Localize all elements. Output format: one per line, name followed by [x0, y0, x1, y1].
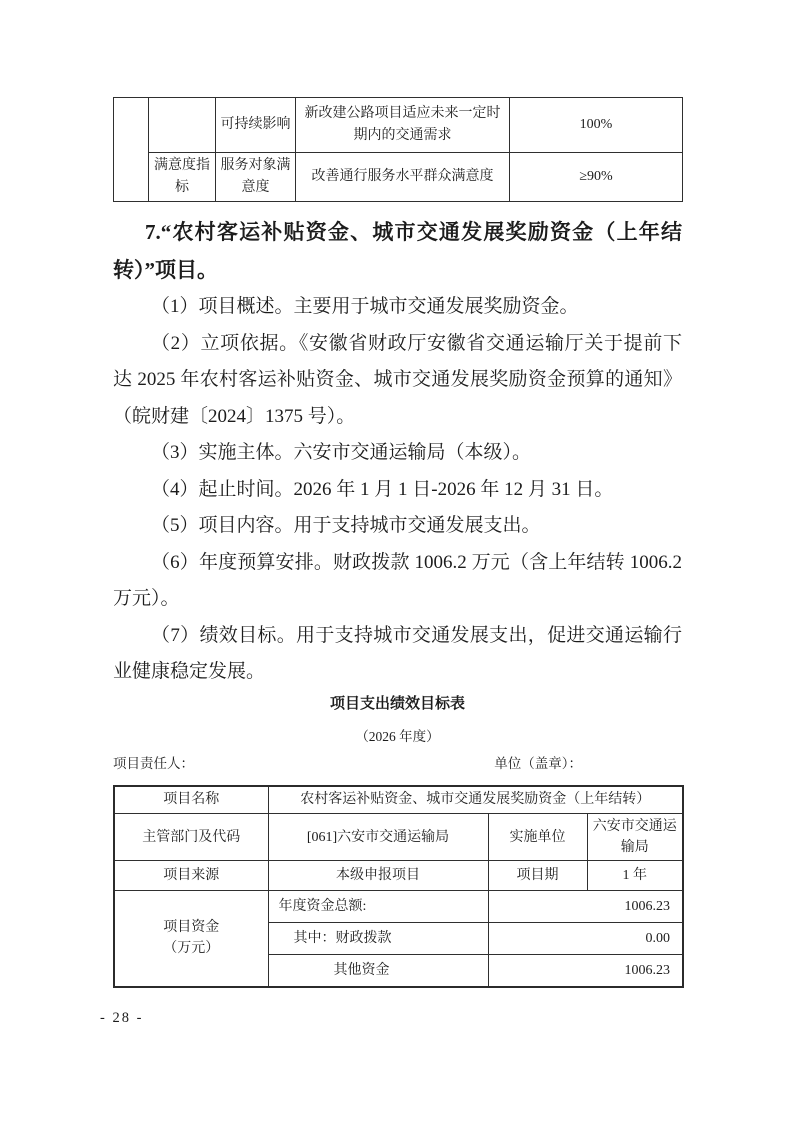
indicator-group-cell: 满意度指标 — [149, 153, 216, 202]
funds-total-label-cell: 年度资金总额: — [268, 891, 488, 923]
table-row: 项目名称 农村客运补贴资金、城市交通发展奖励资金（上年结转） — [114, 786, 683, 814]
funds-other-label-cell: 其他资金 — [268, 955, 488, 987]
responsible-person-label: 项目责任人： — [113, 755, 194, 773]
period-label-cell: 项目期 — [488, 861, 587, 891]
paragraph-project-overview: （1）项目概述。主要用于城市交通发展奖励资金。 — [113, 289, 682, 326]
table-row: 项目资金 （万元） 年度资金总额: 1006.23 — [114, 891, 683, 923]
funds-fiscal-value-cell: 0.00 — [488, 923, 683, 955]
signature-row: 项目责任人： 单位（盖章）： — [113, 755, 682, 773]
performance-target-table: 项目名称 农村客运补贴资金、城市交通发展奖励资金（上年结转） 主管部门及代码 [… — [113, 785, 684, 988]
paragraph-performance-goal: （7）绩效目标。用于支持城市交通发展支出，促进交通运输行业健康稳定发展。 — [113, 618, 682, 691]
unit-seal-label: 单位（盖章）： — [494, 755, 582, 773]
funds-label-line1: 项目资金 — [119, 917, 264, 938]
impl-unit-label-cell: 实施单位 — [488, 814, 587, 861]
funds-label-cell: 项目资金 （万元） — [114, 891, 268, 987]
source-label-cell: 项目来源 — [114, 861, 268, 891]
paragraph-annual-budget: （6）年度预算安排。财政拨款 1006.2 万元（含上年结转 1006.2 万元… — [113, 545, 682, 618]
page-number: - 28 - — [100, 1010, 143, 1027]
impl-unit-value-cell: 六安市交通运输局 — [587, 814, 683, 861]
indicator-value-cell: 100% — [510, 98, 683, 153]
dept-label-cell: 主管部门及代码 — [114, 814, 268, 861]
paragraph-time-span: （4）起止时间。2026 年 1 月 1 日-2026 年 12 月 31 日。 — [113, 472, 682, 509]
indicator-value-cell: ≥90% — [510, 153, 683, 202]
period-value-cell: 1 年 — [587, 861, 683, 891]
indicator-description-cell: 改善通行服务水平群众满意度 — [296, 153, 510, 202]
table-row: 项目来源 本级申报项目 项目期 1 年 — [114, 861, 683, 891]
funds-other-value-cell: 1006.23 — [488, 955, 683, 987]
table-row: 满意度指标 服务对象满意度 改善通行服务水平群众满意度 ≥90% — [114, 153, 683, 202]
indicator-group-cell — [149, 98, 216, 153]
paragraph-approval-basis: （2）立项依据。《安徽省财政厅安徽省交通运输厅关于提前下达 2025 年农村客运… — [113, 326, 682, 436]
funds-fiscal-label-cell: 其中：财政拨款 — [268, 923, 488, 955]
source-value-cell: 本级申报项目 — [268, 861, 488, 891]
table-row: 主管部门及代码 [061]六安市交通运输局 实施单位 六安市交通运输局 — [114, 814, 683, 861]
indicator-category-cell — [114, 98, 149, 202]
indicator-name-cell: 服务对象满意度 — [216, 153, 296, 202]
table-row: 可持续影响 新改建公路项目适应未来一定时期内的交通需求 100% — [114, 98, 683, 153]
content-area: 可持续影响 新改建公路项目适应未来一定时期内的交通需求 100% 满意度指标 服… — [113, 0, 682, 988]
paragraph-project-content: （5）项目内容。用于支持城市交通发展支出。 — [113, 508, 682, 545]
section-heading: 7.“农村客运补贴资金、城市交通发展奖励资金（上年结转）”项目。 — [113, 213, 682, 289]
indicator-description-cell: 新改建公路项目适应未来一定时期内的交通需求 — [296, 98, 510, 153]
project-name-label-cell: 项目名称 — [114, 786, 268, 814]
funds-label-line2: （万元） — [119, 938, 264, 959]
target-table-year: （2026 年度） — [113, 728, 682, 746]
target-table-title: 项目支出绩效目标表 — [113, 694, 682, 714]
funds-total-value-cell: 1006.23 — [488, 891, 683, 923]
project-name-value-cell: 农村客运补贴资金、城市交通发展奖励资金（上年结转） — [268, 786, 683, 814]
indicator-name-cell: 可持续影响 — [216, 98, 296, 153]
indicator-table-continued: 可持续影响 新改建公路项目适应未来一定时期内的交通需求 100% 满意度指标 服… — [113, 97, 683, 202]
paragraph-implementing-body: （3）实施主体。六安市交通运输局（本级）。 — [113, 435, 682, 472]
dept-value-cell: [061]六安市交通运输局 — [268, 814, 488, 861]
document-page: 可持续影响 新改建公路项目适应未来一定时期内的交通需求 100% 满意度指标 服… — [0, 0, 793, 1122]
